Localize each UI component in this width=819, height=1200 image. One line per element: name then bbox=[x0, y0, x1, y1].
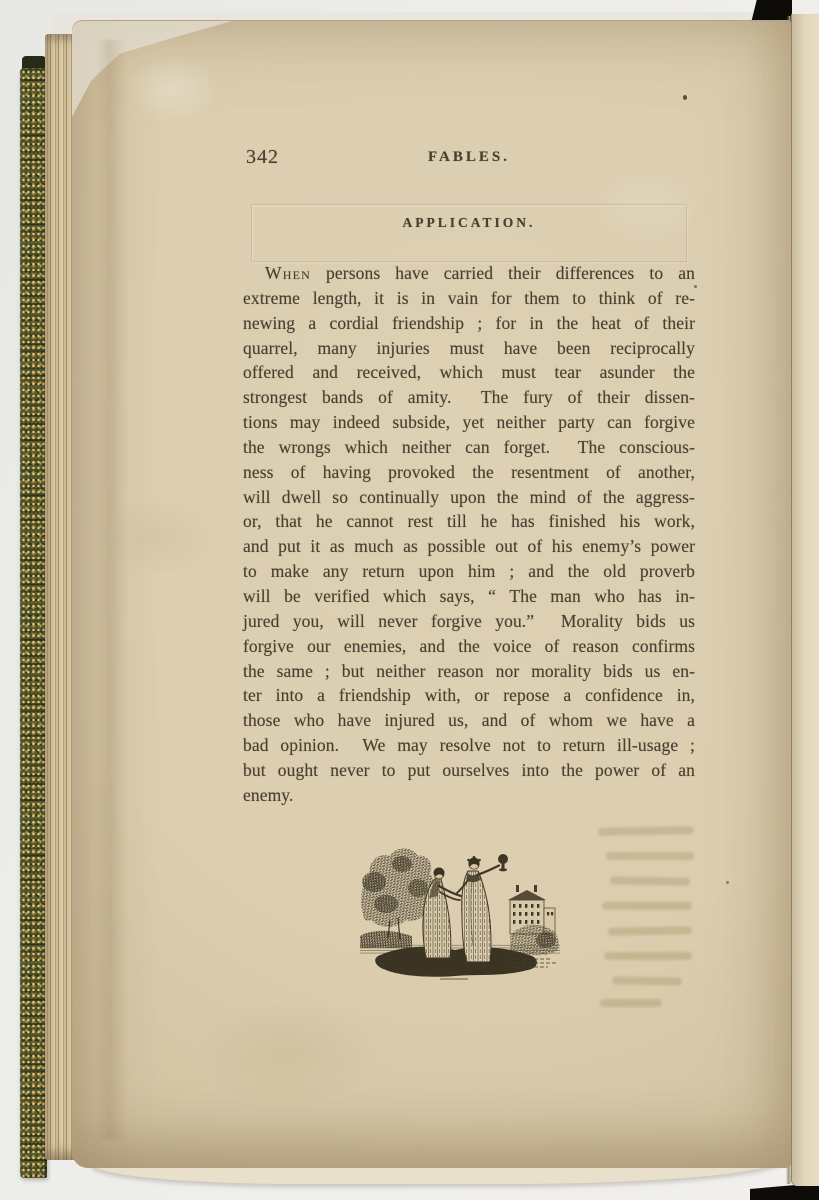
text-line: or, that he cannot rest till he has fini… bbox=[243, 509, 695, 534]
show-through-text bbox=[608, 926, 692, 935]
running-header: FABLES. bbox=[243, 149, 695, 166]
text-line: offered and received, which must tear as… bbox=[243, 360, 695, 385]
show-through-text bbox=[610, 876, 690, 885]
text-line: extreme length, it is in vain for them t… bbox=[243, 286, 695, 311]
text-line: ter into a friendship with, or repose a … bbox=[243, 683, 695, 708]
foxing-speck bbox=[726, 881, 729, 884]
section-heading: APPLICATION. bbox=[243, 215, 695, 231]
show-through-text bbox=[604, 952, 692, 960]
text-line: to make any return upon him ; and the ol… bbox=[243, 559, 695, 584]
text-line: and put it as much as possible out of hi… bbox=[243, 534, 695, 559]
book-binding-gold-tooling bbox=[20, 68, 47, 1178]
show-through-text bbox=[598, 826, 694, 836]
scanned-book-photo: 342 FABLES. APPLICATION. When persons ha… bbox=[0, 0, 819, 1200]
deckle-edge-shadow bbox=[96, 40, 126, 1140]
text-line: will be verified which says, “ The man w… bbox=[243, 584, 695, 609]
text-line: strongest bands of amity. The fury of th… bbox=[243, 385, 695, 410]
show-through-text bbox=[600, 999, 662, 1007]
text-line: ness of having provoked the resentment o… bbox=[243, 460, 695, 485]
text-line: bad opinion. We may resolve not to retur… bbox=[243, 733, 695, 758]
text-line: the same ; but neither reason nor morali… bbox=[243, 659, 695, 684]
blind-stamp-impression bbox=[251, 204, 687, 262]
foxing-speck bbox=[694, 285, 697, 288]
text-line: enemy. bbox=[243, 783, 695, 808]
foxing-speck bbox=[683, 95, 687, 100]
lead-word-small-caps: When bbox=[265, 263, 311, 283]
text-line: When persons have carried their differen… bbox=[243, 261, 695, 286]
show-through-text bbox=[602, 902, 692, 910]
text-line: the wrongs which neither can forget. The… bbox=[243, 435, 695, 460]
text-line: tions may indeed subside, yet neither pa… bbox=[243, 410, 695, 435]
text-line: but ought never to put ourselves into th… bbox=[243, 758, 695, 783]
text-line: quarrel, many injuries must have been re… bbox=[243, 336, 695, 361]
text-line: jured you, will never forgive you.” Mora… bbox=[243, 609, 695, 634]
text-line: those who have injured us, and of whom w… bbox=[243, 708, 695, 733]
engraving-illustration bbox=[360, 840, 560, 982]
show-through-text bbox=[606, 852, 694, 860]
show-through-text bbox=[612, 976, 682, 985]
paragraph: When persons have carried their differen… bbox=[243, 261, 695, 808]
text-line: forgive our enemies, and the voice of re… bbox=[243, 634, 695, 659]
text-line: newing a cordial friendship ; for in the… bbox=[243, 311, 695, 336]
adjacent-page-edge bbox=[791, 14, 819, 1186]
text-line: will dwell so continually upon the mind … bbox=[243, 485, 695, 510]
